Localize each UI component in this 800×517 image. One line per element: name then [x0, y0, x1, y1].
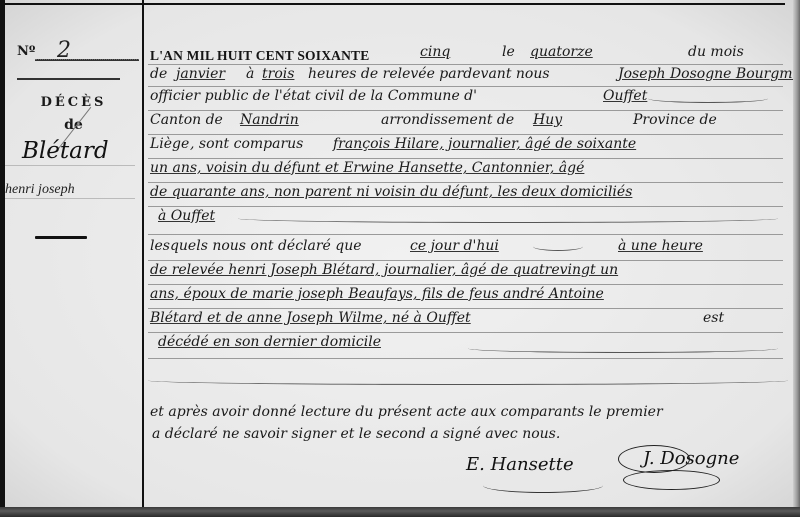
ruling — [148, 64, 783, 65]
declarant-1-fill: françois Hilare, journalier, âgé de soix… — [333, 136, 636, 152]
domicile-fill: à Ouffet — [158, 208, 215, 224]
closing-text-1: et après avoir donné lecture du présent … — [150, 404, 663, 420]
record-number-label: Nº — [17, 44, 35, 59]
line-filler-flourish — [468, 344, 778, 353]
margin-separator-rule — [17, 78, 120, 80]
parents-birthplace-fill: Blétard et de anne Joseph Wilme, né à Ou… — [150, 310, 471, 326]
est-fill: est — [703, 310, 724, 326]
line-filler-flourish — [238, 214, 778, 223]
deceased-surname: Blétard — [22, 138, 109, 164]
section-end-flourish — [148, 376, 788, 385]
text-comparus: , sont comparus — [190, 136, 303, 152]
text-a: à — [246, 66, 254, 82]
ruling — [148, 206, 783, 207]
margin-column-divider — [142, 0, 144, 508]
text-lesquels: lesquels nous ont déclaré que — [150, 238, 362, 254]
text-canton: Canton de — [150, 112, 223, 128]
ruling — [148, 158, 783, 159]
line-filler-flourish — [533, 242, 583, 251]
record-type-heading: DÉCÈS — [5, 95, 142, 110]
place-of-death-fill: décédé en son dernier domicile — [158, 334, 381, 350]
text-province: Province de — [633, 112, 717, 128]
printed-year-prefix: L'AN MIL HUIT CENT SOIXANTE — [150, 48, 369, 64]
margin-ruling — [5, 165, 135, 166]
ruling — [148, 284, 783, 285]
official-signature-loop — [618, 445, 690, 473]
declarant-2-fill: un ans, voisin du défunt et Erwine Hanse… — [150, 160, 584, 176]
record-number-value: 2 — [57, 38, 71, 63]
ruling — [148, 332, 783, 333]
ruling — [148, 134, 783, 135]
official-fill: Joseph Dosogne Bourgmestre — [618, 66, 800, 82]
record-type-de: de — [5, 117, 142, 133]
day-prefix: le — [502, 44, 515, 60]
official-signature-loop — [623, 470, 720, 490]
page-right-edge — [793, 0, 800, 517]
witness-signature: E. Hansette — [466, 454, 574, 475]
witness-signature-flourish — [483, 478, 603, 493]
arrondissement-fill: Huy — [533, 112, 562, 128]
text-heures: heures de relevée pardevant nous — [308, 66, 550, 82]
canton-fill: Nandrin — [240, 112, 299, 128]
margin-end-dash — [35, 236, 87, 239]
hour-fill: trois — [262, 66, 294, 82]
commune-fill: Ouffet — [603, 88, 647, 104]
text-arrondissement: arrondissement de — [381, 112, 514, 128]
month-suffix: du mois — [688, 44, 744, 60]
register-page: Nº 2 DÉCÈS de Blétard henri joseph L'AN … — [0, 0, 800, 517]
spouse-parents-fill: ans, époux de marie joseph Beaufays, fil… — [150, 286, 604, 302]
ruling — [148, 234, 783, 235]
closing-text-2: a déclaré ne savoir signer et le second … — [152, 426, 560, 442]
record-number-underline — [35, 59, 139, 61]
ruling — [148, 308, 783, 309]
margin-ruling — [5, 198, 135, 199]
ruling — [148, 110, 783, 111]
time-fill: à une heure — [618, 238, 703, 254]
ruling — [148, 86, 783, 87]
year-fill: cinq — [420, 44, 450, 60]
province-fill: Liège — [150, 136, 189, 152]
day-fill: quatorze — [530, 44, 593, 60]
ruling — [148, 182, 783, 183]
date-fill: ce jour d'hui — [410, 238, 499, 254]
record-line-8: à Ouffet — [148, 208, 788, 234]
line-filler-flourish — [648, 94, 768, 103]
deceased-given-names: henri joseph — [5, 182, 75, 198]
ruling — [148, 260, 783, 261]
deceased-fill: de relevée henri Joseph Blétard, journal… — [150, 262, 618, 278]
record-line-13: décédé en son dernier domicile — [148, 334, 788, 360]
page-left-edge — [0, 0, 5, 517]
record-body: L'AN MIL HUIT CENT SOIXANTE cinq le quat… — [148, 0, 793, 507]
ruling — [148, 358, 783, 359]
text-de: de — [150, 66, 167, 82]
month-fill: janvier — [176, 66, 225, 82]
margin-column: Nº 2 DÉCÈS de Blétard henri joseph — [5, 0, 142, 507]
text-officier: officier public de l'état civil de la Co… — [150, 88, 477, 104]
page-bottom-edge — [0, 507, 800, 517]
declarant-2-detail-fill: de quarante ans, non parent ni voisin du… — [150, 184, 632, 200]
